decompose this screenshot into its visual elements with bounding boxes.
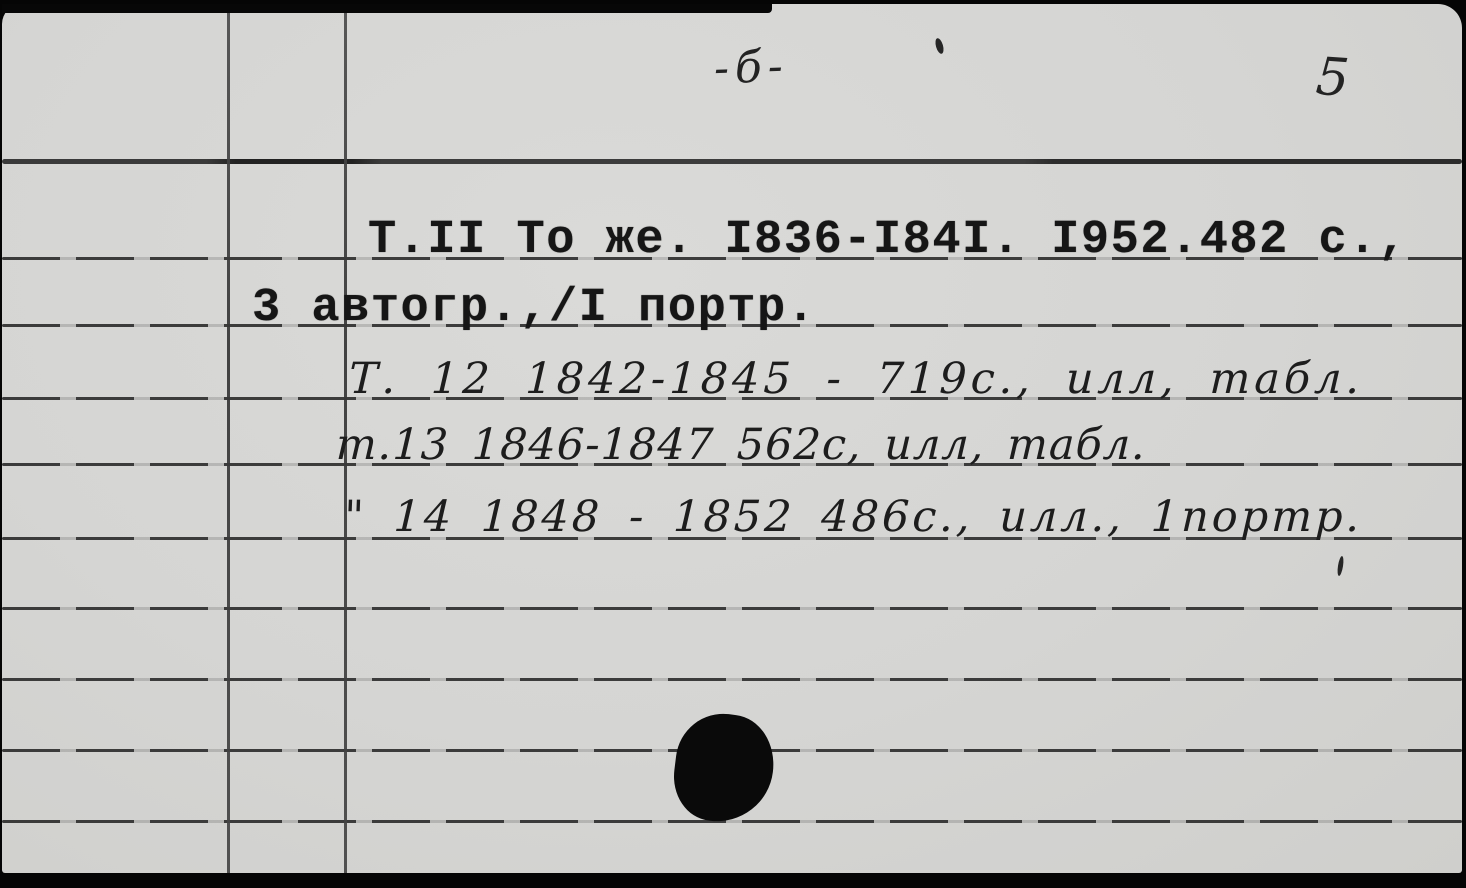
page-number: 5 bbox=[1314, 47, 1351, 109]
handwritten-entry-volume-13: т.13 1846-1847 562с, илл, табл. bbox=[335, 420, 1147, 470]
typed-entry-line-2: 3 автогр.,/I портр. bbox=[252, 282, 816, 335]
header-divider-line bbox=[2, 159, 1462, 164]
column-divider-left bbox=[227, 4, 230, 873]
ink-blot bbox=[669, 708, 779, 827]
ink-speck bbox=[1336, 556, 1344, 577]
paper-sheet: -б- 5 Т.II То же. I836-I84I. I952.482 с.… bbox=[2, 4, 1462, 873]
scanned-ledger-page: -б- 5 Т.II То же. I836-I84I. I952.482 с.… bbox=[0, 0, 1466, 888]
handwritten-entry-volume-14: " 14 1848 - 1852 486с., илл., 1портр. bbox=[343, 492, 1363, 542]
ink-speck bbox=[934, 37, 945, 54]
typed-entry-line-1: Т.II То же. I836-I84I. I952.482 с., bbox=[368, 214, 1408, 267]
ruled-line bbox=[2, 678, 1462, 681]
scan-edge-shadow bbox=[2, 4, 772, 13]
ruled-line bbox=[2, 607, 1462, 610]
ruled-line bbox=[2, 820, 1462, 823]
handwritten-entry-volume-12: Т. 12 1842-1845 - 719с., илл, табл. bbox=[348, 354, 1364, 404]
page-header-mark: -б- bbox=[713, 41, 789, 95]
